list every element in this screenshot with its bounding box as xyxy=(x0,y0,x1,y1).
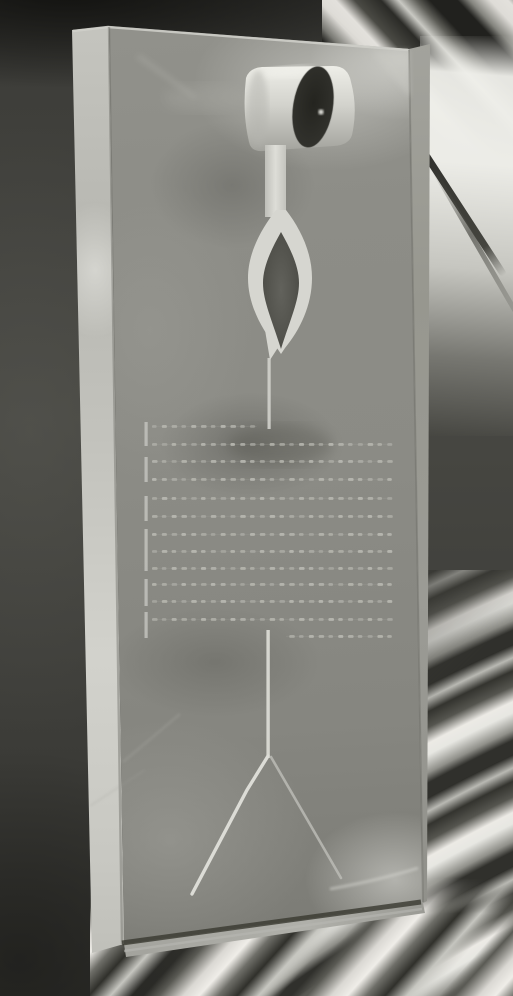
micro-well xyxy=(181,550,186,553)
micro-well xyxy=(279,515,284,518)
comb-tick xyxy=(145,529,148,571)
micro-well xyxy=(260,567,265,570)
micro-well xyxy=(181,478,186,481)
micro-well xyxy=(191,618,196,621)
micro-well xyxy=(201,497,206,500)
micro-well xyxy=(338,478,343,481)
micro-well xyxy=(201,478,207,481)
micro-well xyxy=(348,567,353,570)
micro-well xyxy=(270,478,275,481)
micro-well xyxy=(387,533,392,536)
micro-well xyxy=(319,515,324,518)
micro-well xyxy=(172,515,177,518)
micro-well xyxy=(181,425,186,428)
micro-well xyxy=(240,533,245,536)
micro-well xyxy=(309,497,315,500)
micro-well xyxy=(181,618,187,621)
micro-well xyxy=(152,425,157,428)
micro-well xyxy=(309,478,314,481)
micro-well xyxy=(358,567,364,570)
micro-well xyxy=(358,600,363,603)
micro-well xyxy=(270,460,276,463)
micro-well xyxy=(319,600,324,603)
outlet-channel xyxy=(266,630,269,758)
micro-well xyxy=(279,497,285,500)
micro-well xyxy=(270,550,275,553)
micro-well xyxy=(191,425,196,428)
micro-well xyxy=(319,460,324,463)
micro-well xyxy=(230,600,235,603)
micro-well xyxy=(240,460,246,463)
micro-well xyxy=(230,515,235,518)
micro-well xyxy=(299,515,305,518)
micro-well xyxy=(279,478,284,481)
micro-well xyxy=(211,515,217,518)
micro-well xyxy=(338,497,344,500)
micro-well xyxy=(260,600,265,603)
micro-well xyxy=(172,460,177,463)
micro-well xyxy=(260,443,265,446)
micro-well xyxy=(279,600,285,603)
micro-well xyxy=(338,635,343,638)
micro-well xyxy=(162,460,167,463)
micro-well xyxy=(377,460,382,463)
micro-well xyxy=(152,515,158,518)
micro-well xyxy=(279,567,284,570)
micro-well xyxy=(181,460,187,463)
comb-tick xyxy=(145,612,148,638)
micro-well xyxy=(279,618,284,621)
micro-well xyxy=(230,425,236,428)
y-branch-left xyxy=(192,756,268,894)
micro-well xyxy=(348,583,354,586)
micro-well xyxy=(162,583,167,586)
micro-well xyxy=(221,550,227,553)
micro-well xyxy=(221,497,227,500)
micro-well xyxy=(240,497,245,500)
micro-well xyxy=(387,635,392,638)
micro-well xyxy=(201,618,206,621)
micro-well xyxy=(152,583,157,586)
micro-well xyxy=(191,567,196,570)
micro-well xyxy=(368,618,373,621)
micro-well xyxy=(240,567,246,570)
micro-well xyxy=(309,533,314,536)
micro-well xyxy=(201,515,206,518)
micro-well xyxy=(201,425,207,428)
micro-well xyxy=(387,515,393,518)
micro-well xyxy=(368,515,373,518)
micro-well xyxy=(377,635,383,638)
micro-well xyxy=(348,460,353,463)
micro-well xyxy=(191,443,197,446)
micro-well xyxy=(260,550,265,553)
array-comb-ticks xyxy=(145,422,148,638)
micro-well xyxy=(201,600,206,603)
micro-well xyxy=(230,550,235,553)
micro-well xyxy=(221,583,226,586)
micro-well xyxy=(250,567,255,570)
micro-well xyxy=(289,478,295,481)
micro-well xyxy=(299,533,304,536)
micro-well xyxy=(221,618,226,621)
micro-well xyxy=(211,425,216,428)
micro-well xyxy=(289,497,294,500)
micro-well xyxy=(377,533,383,536)
micro-well xyxy=(260,460,265,463)
micro-well xyxy=(172,533,178,536)
micro-well xyxy=(309,460,314,463)
micro-well xyxy=(230,583,236,586)
micro-well xyxy=(387,618,393,621)
micro-well xyxy=(289,533,295,536)
micro-well xyxy=(348,443,353,446)
micro-well xyxy=(240,425,245,428)
micro-well xyxy=(191,497,197,500)
micro-well xyxy=(338,550,344,553)
micro-well xyxy=(309,600,315,603)
micro-well xyxy=(260,583,266,586)
micro-well xyxy=(270,583,275,586)
micro-well xyxy=(260,497,265,500)
micro-well xyxy=(211,533,216,536)
micro-well xyxy=(211,600,216,603)
micro-well xyxy=(211,550,216,553)
micro-well xyxy=(201,583,207,586)
chip-right-seam xyxy=(409,50,423,902)
micro-well xyxy=(358,460,364,463)
micro-well xyxy=(368,497,374,500)
photo-microfluidic-chip xyxy=(0,0,513,996)
micro-well xyxy=(309,618,314,621)
micro-well xyxy=(289,515,294,518)
micro-well xyxy=(368,533,373,536)
micro-well xyxy=(230,567,235,570)
micro-well xyxy=(211,618,217,621)
micro-well xyxy=(348,478,354,481)
micro-well xyxy=(201,460,206,463)
micro-well xyxy=(338,515,343,518)
micro-well xyxy=(270,515,276,518)
micro-well xyxy=(191,583,196,586)
micro-well xyxy=(250,497,256,500)
chip-bottom-edge-highlight xyxy=(124,909,422,951)
micro-well xyxy=(152,533,157,536)
micro-well xyxy=(162,618,167,621)
comb-tick xyxy=(145,496,148,521)
micro-well xyxy=(319,583,325,586)
micro-well xyxy=(191,460,196,463)
micro-well xyxy=(279,583,284,586)
micro-well xyxy=(221,567,226,570)
micro-well xyxy=(338,583,343,586)
micro-well xyxy=(172,478,178,481)
micro-well xyxy=(152,550,157,553)
face-haze xyxy=(163,84,247,112)
micro-well xyxy=(387,550,392,553)
micro-well xyxy=(338,533,343,536)
micro-well xyxy=(289,567,294,570)
micro-well xyxy=(270,443,275,446)
micro-well xyxy=(201,443,206,446)
micro-well xyxy=(181,533,186,536)
micro-well xyxy=(387,583,392,586)
micro-well xyxy=(387,497,392,500)
micro-well xyxy=(289,550,294,553)
micro-well xyxy=(240,515,246,518)
micro-well xyxy=(162,567,167,570)
micro-well xyxy=(299,460,305,463)
micro-well xyxy=(201,533,207,536)
micro-well xyxy=(181,443,186,446)
micro-well xyxy=(289,635,295,638)
inlet-channel-and-chamber xyxy=(248,145,312,429)
micro-well xyxy=(387,600,392,603)
micro-well xyxy=(309,550,315,553)
reservoir-shading xyxy=(248,70,268,146)
micro-well xyxy=(230,533,236,536)
face-scratch xyxy=(330,868,418,889)
micro-well xyxy=(377,443,382,446)
y-branch-right xyxy=(271,757,341,878)
micro-well xyxy=(358,478,363,481)
micro-well xyxy=(328,600,333,603)
micro-well xyxy=(221,460,226,463)
inlet-channel xyxy=(265,145,286,217)
micro-well xyxy=(348,618,353,621)
micro-well xyxy=(289,443,294,446)
micro-well xyxy=(250,460,255,463)
micro-well xyxy=(299,618,305,621)
micro-well xyxy=(368,550,374,553)
inlet-reservoir xyxy=(245,63,355,151)
micro-well xyxy=(240,583,245,586)
micro-well xyxy=(230,618,235,621)
micro-well xyxy=(162,600,168,603)
micro-well xyxy=(181,515,187,518)
micro-well xyxy=(181,497,186,500)
micro-well xyxy=(358,618,364,621)
micro-well xyxy=(240,618,246,621)
micro-well xyxy=(319,550,324,553)
micro-well xyxy=(309,443,315,446)
micro-well xyxy=(172,618,177,621)
micro-well xyxy=(358,443,363,446)
micro-well xyxy=(358,583,363,586)
micro-well xyxy=(279,550,285,553)
micro-well xyxy=(309,635,314,638)
micro-well xyxy=(309,567,314,570)
micro-well xyxy=(211,567,217,570)
micro-well xyxy=(250,533,255,536)
micro-well xyxy=(191,550,197,553)
micro-well xyxy=(181,567,187,570)
micro-well xyxy=(221,533,226,536)
micro-well xyxy=(289,618,294,621)
micro-well xyxy=(240,443,245,446)
micro-well xyxy=(250,583,255,586)
micro-well xyxy=(172,567,177,570)
micro-well xyxy=(319,635,325,638)
micro-well xyxy=(338,618,343,621)
micro-well xyxy=(328,533,333,536)
micro-well xyxy=(250,425,255,428)
micro-well xyxy=(319,618,324,621)
connector-channel xyxy=(268,358,271,429)
micro-well xyxy=(211,583,216,586)
micro-well xyxy=(348,550,353,553)
micro-well xyxy=(338,567,343,570)
micro-well xyxy=(299,600,304,603)
micro-well xyxy=(328,635,333,638)
micro-well xyxy=(270,533,275,536)
micro-well xyxy=(299,550,304,553)
micro-well xyxy=(221,600,227,603)
micro-well xyxy=(377,583,383,586)
micro-well xyxy=(328,478,333,481)
micro-well xyxy=(152,567,158,570)
micro-well xyxy=(270,567,276,570)
micro-well xyxy=(162,497,168,500)
micro-well xyxy=(348,533,354,536)
micro-well xyxy=(377,618,382,621)
micro-well xyxy=(328,618,334,621)
micro-well xyxy=(377,478,383,481)
micro-well xyxy=(172,583,178,586)
micro-well xyxy=(338,600,344,603)
micro-well xyxy=(299,478,304,481)
micro-well xyxy=(338,443,344,446)
micro-well xyxy=(260,618,265,621)
micro-well xyxy=(299,567,305,570)
face-scratch xyxy=(90,770,145,806)
micro-well xyxy=(162,478,167,481)
micro-well xyxy=(289,460,294,463)
micro-well xyxy=(211,497,216,500)
micro-well xyxy=(387,460,393,463)
micro-well xyxy=(377,567,382,570)
micro-well xyxy=(368,443,374,446)
micro-well xyxy=(319,497,324,500)
micro-well xyxy=(221,515,226,518)
micro-well xyxy=(299,635,304,638)
micro-well xyxy=(250,600,256,603)
micro-well xyxy=(240,600,245,603)
micro-well xyxy=(328,583,333,586)
micro-well xyxy=(230,497,235,500)
micro-well xyxy=(377,600,382,603)
micro-well xyxy=(162,550,168,553)
micro-well xyxy=(328,443,333,446)
micro-well xyxy=(319,533,325,536)
micro-well xyxy=(279,533,284,536)
micro-well xyxy=(162,533,167,536)
micro-well xyxy=(191,533,196,536)
micro-well xyxy=(162,515,167,518)
micro-well xyxy=(211,460,217,463)
micro-well xyxy=(221,443,227,446)
micro-well xyxy=(358,533,363,536)
micro-well xyxy=(250,515,255,518)
micro-well xyxy=(319,478,325,481)
micro-well xyxy=(328,515,334,518)
micro-well xyxy=(289,600,294,603)
micro-well xyxy=(240,478,245,481)
micro-well xyxy=(172,443,177,446)
chip-bottom-edge-shadow xyxy=(122,902,421,943)
micro-well xyxy=(368,583,373,586)
micro-well xyxy=(328,550,333,553)
micro-well xyxy=(172,497,177,500)
micro-well xyxy=(348,600,353,603)
micro-well xyxy=(172,600,177,603)
micro-well xyxy=(279,460,284,463)
micro-well xyxy=(230,443,235,446)
micro-well xyxy=(152,460,158,463)
micro-well xyxy=(328,460,334,463)
micro-well xyxy=(152,478,157,481)
micro-well xyxy=(250,618,255,621)
micro-well xyxy=(387,567,393,570)
micro-well xyxy=(358,497,363,500)
micro-well xyxy=(250,443,256,446)
chip-left-seam xyxy=(109,27,122,944)
micro-well xyxy=(201,550,206,553)
micro-well xyxy=(270,618,276,621)
micro-well xyxy=(328,567,334,570)
micro-well xyxy=(387,478,392,481)
micro-well xyxy=(309,515,314,518)
comb-tick xyxy=(145,422,148,446)
micro-well xyxy=(260,515,265,518)
micro-well xyxy=(387,443,392,446)
micro-well xyxy=(162,425,167,428)
micro-well xyxy=(348,635,354,638)
micro-well xyxy=(328,497,333,500)
micro-well xyxy=(162,443,168,446)
micro-well xyxy=(152,618,158,621)
micro-well xyxy=(270,600,275,603)
micro-well xyxy=(299,583,304,586)
micro-well xyxy=(368,478,373,481)
micro-well xyxy=(191,600,197,603)
micro-well xyxy=(230,478,236,481)
micro-well xyxy=(319,567,324,570)
micro-well xyxy=(152,497,157,500)
chip-features xyxy=(0,0,513,996)
micro-well xyxy=(319,443,324,446)
micro-well xyxy=(299,443,304,446)
micro-well xyxy=(211,443,216,446)
micro-well xyxy=(152,600,157,603)
micro-well xyxy=(348,497,353,500)
micro-well xyxy=(338,460,343,463)
micro-well xyxy=(221,425,226,428)
chip-top-edge-highlight xyxy=(73,27,408,50)
micro-well xyxy=(191,515,196,518)
micro-well xyxy=(172,425,178,428)
micro-well xyxy=(368,635,373,638)
face-scratch xyxy=(123,714,180,762)
micro-well xyxy=(240,550,245,553)
micro-well xyxy=(368,567,373,570)
micro-well xyxy=(181,600,186,603)
micro-well xyxy=(279,443,285,446)
comb-tick xyxy=(145,457,148,482)
micro-well xyxy=(250,478,255,481)
micro-well xyxy=(172,550,177,553)
micro-well xyxy=(230,460,235,463)
